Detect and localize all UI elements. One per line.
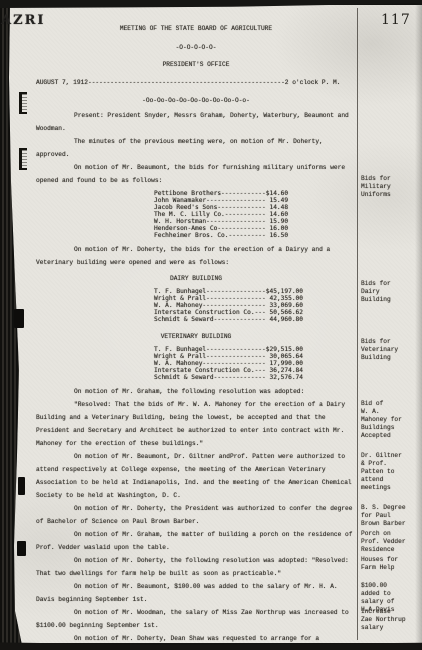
veterinary-bid-list: T. F. Bunhagel----------------$29,515.00… <box>154 346 356 381</box>
paragraph-row: On motion of Mr. Doherty, the following … <box>36 554 418 580</box>
paragraph-row: VETERINARY BUILDING T. F. Bunhagel------… <box>36 327 418 385</box>
paragraph-davis-salary: On motion of Mr. Beaumont, $100.00 was a… <box>36 580 356 606</box>
paragraph-row: On motion of Mr. Woodman, the salary of … <box>36 606 418 632</box>
typewritten-content: MEETING OF THE STATE BOARD OF AGRICULTUR… <box>36 22 418 650</box>
paragraph-row: On motion of Mr. Beaumont, $100.00 was a… <box>36 580 418 606</box>
ornament-separator: -Oo-Oo-Oo-Oo-Oo-Oo-Oo-Oo-O-o- <box>36 94 356 107</box>
paragraph-building-bids: On motion of Mr. Doherty, the bids for t… <box>36 243 356 269</box>
paragraph-minutes: The minutes of the previous meeting were… <box>36 135 356 161</box>
paragraph-meetings: On motion of Mr. Beaumont, Dr. Giltner a… <box>36 450 356 502</box>
paragraph-row: On motion of Mr. Graham, the following r… <box>36 385 418 398</box>
margin-note-dairy: Bids for Dairy Building <box>361 280 417 304</box>
paragraph-row: "Resolved: That the bids of Mr. W. A. Ma… <box>36 398 418 450</box>
paragraph-row: Present: President Snyder, Messrs Graham… <box>36 109 418 135</box>
ink-mark-icon <box>17 541 26 556</box>
header-block: MEETING OF THE STATE BOARD OF AGRICULTUR… <box>36 22 418 109</box>
margin-note-degree: B. S. Degree for Paul Brown Barber <box>361 504 417 528</box>
paragraph-row: On motion of Mr. Beaumont, the bids for … <box>36 161 418 243</box>
scan-edge-right <box>415 0 422 650</box>
meeting-title: MEETING OF THE STATE BOARD OF AGRICULTUR… <box>36 22 356 35</box>
paragraph-northrup-salary: On motion of Mr. Woodman, the salary of … <box>36 606 356 632</box>
margin-note-porch: Porch on Prof. Vedder Residence <box>361 530 417 554</box>
scanned-page: AZRI 117 MEETING OF THE STATE BOARD OF A… <box>0 0 422 650</box>
corner-stamp: AZRI <box>1 13 45 28</box>
margin-note-mahoney: Bid of W. A. Mahoney for Buildings Accep… <box>361 400 417 440</box>
paragraph-porch: On motion of Mr. Graham, the matter of b… <box>36 528 356 554</box>
margin-note-meetings: Dr. Giltner & Prof. Patten to attend mee… <box>361 452 417 492</box>
margin-note-houses: Houses for Farm Help <box>361 556 417 572</box>
paragraph-row: DAIRY BUILDING T. F. Bunhagel-----------… <box>36 269 418 327</box>
bracket-stamp-icon <box>19 92 27 114</box>
paragraph-resolution-intro: On motion of Mr. Graham, the following r… <box>36 385 356 398</box>
paragraph-present: Present: President Snyder, Messrs Graham… <box>36 109 356 135</box>
veterinary-building-heading: VETERINARY BUILDING <box>36 330 356 343</box>
date-line: AUGUST 7, 1912--------------------------… <box>36 76 356 89</box>
paragraph-uniform-bids: On motion of Mr. Beaumont, the bids for … <box>36 161 356 187</box>
ink-mark-icon <box>18 477 25 495</box>
paragraph-row: On motion of Mr. Graham, the matter of b… <box>36 528 418 554</box>
ornament-separator: -O-O-O-O-O- <box>36 41 356 54</box>
paragraph-degree: On motion of Mr. Doherty, the President … <box>36 502 356 528</box>
paragraph-row: On motion of Mr. Doherty, the President … <box>36 502 418 528</box>
dairy-building-heading: DAIRY BUILDING <box>36 272 356 285</box>
margin-note-military: Bids for Military Uniforms <box>361 175 417 199</box>
military-bid-list: Pettibone Brothers------------$14.60 Joh… <box>154 190 356 239</box>
ink-mark-icon <box>14 309 24 328</box>
dairy-bid-list: T. F. Bunhagel----------------$45,197.00… <box>154 288 356 323</box>
margin-rule-line <box>357 8 358 640</box>
paragraph-dwellings: On motion of Mr. Doherty, the following … <box>36 554 356 580</box>
margin-note-northrup: Increase Zae Northrup salary <box>361 608 417 632</box>
paragraph-row: On motion of Mr. Beaumont, Dr. Giltner a… <box>36 450 418 502</box>
paragraph-row: The minutes of the previous meeting were… <box>36 135 418 161</box>
paragraph-resolution-buildings: "Resolved: That the bids of Mr. W. A. Ma… <box>36 398 356 450</box>
page-number: 117 <box>381 12 411 28</box>
paragraph-row: On motion of Mr. Doherty, the bids for t… <box>36 243 418 269</box>
office-heading: PRESIDENT'S OFFICE <box>36 58 356 71</box>
bracket-stamp-icon <box>19 148 27 170</box>
margin-note-veterinary: Bids for Veterinary Building <box>361 338 417 362</box>
